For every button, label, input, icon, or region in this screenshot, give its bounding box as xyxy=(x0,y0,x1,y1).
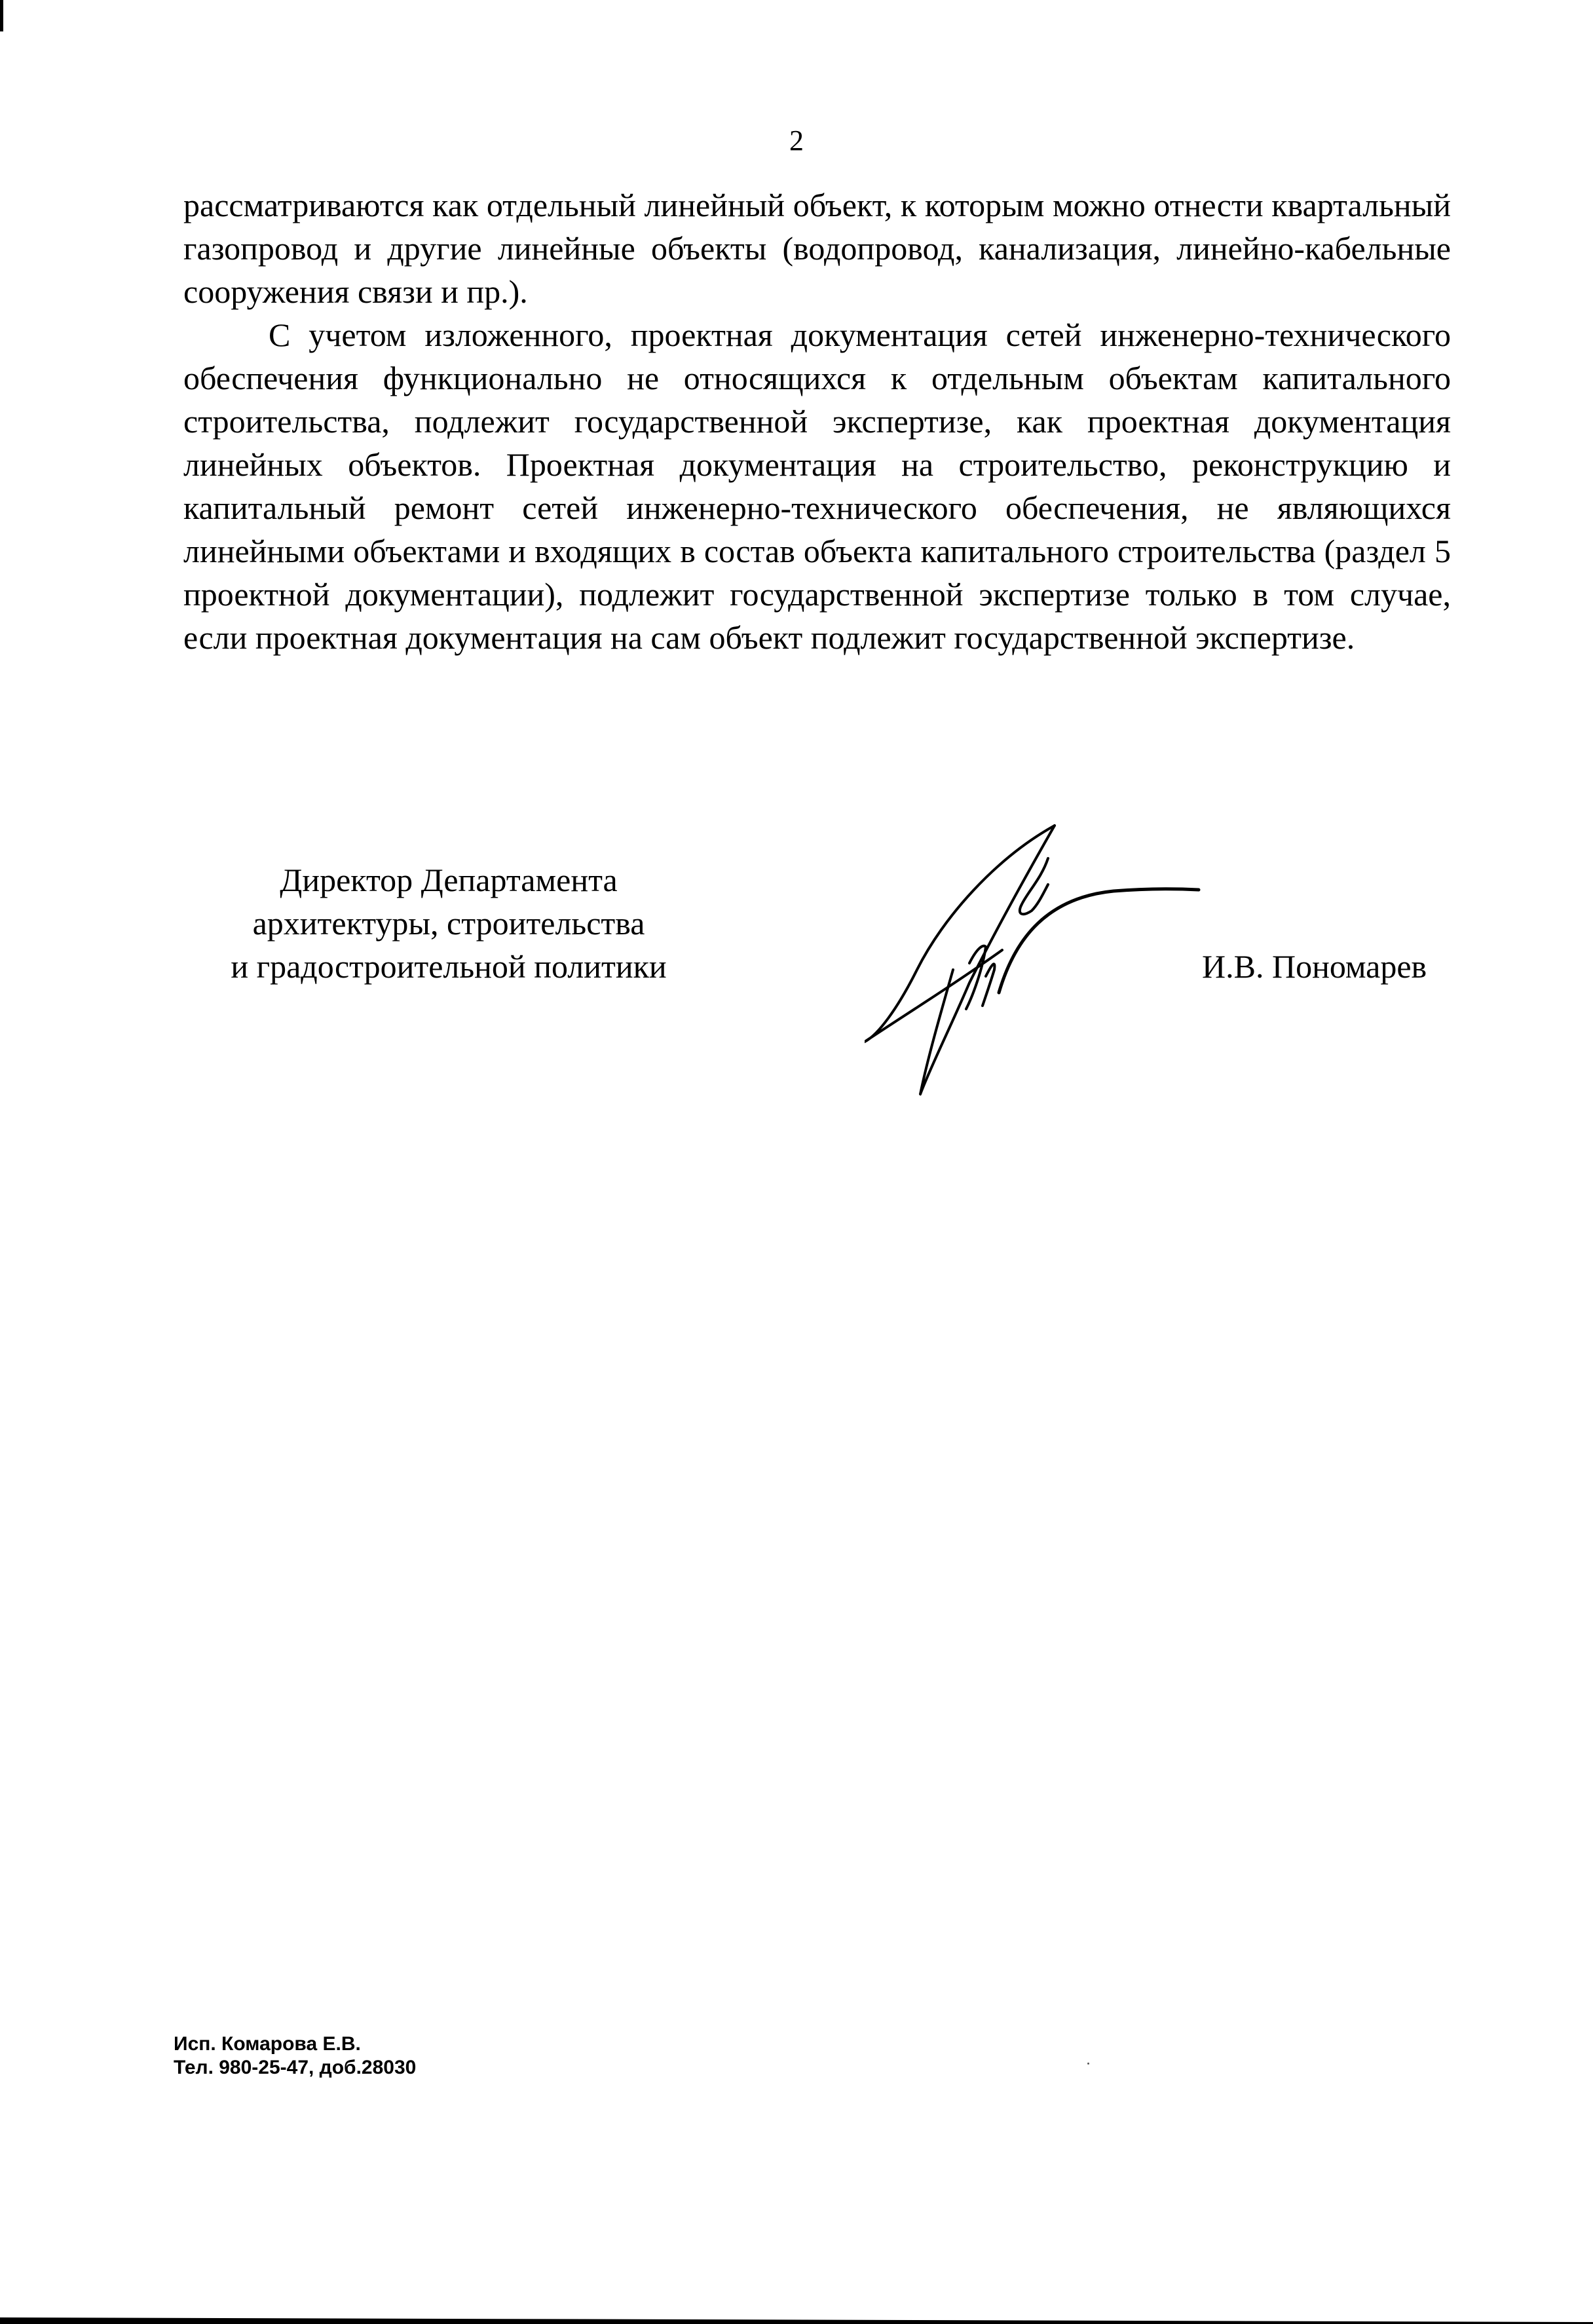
executor-name: Исп. Комарова Е.В. xyxy=(174,2032,416,2056)
scan-edge-bottom xyxy=(0,2317,1593,2324)
scan-speck xyxy=(1087,2063,1089,2065)
signer-title-line: архитектуры, строительства xyxy=(183,902,714,945)
signature-icon xyxy=(865,819,1231,1101)
signer-title: Директор Департамента архитектуры, строи… xyxy=(183,858,714,988)
paragraph-conclusion: С учетом изложенного, проектная документ… xyxy=(183,313,1451,659)
signer-title-line: Директор Департамента xyxy=(183,858,714,902)
paragraph-continuation: рассматриваются как отдельный линейный о… xyxy=(183,183,1451,313)
signer-name: И.В. Пономарев xyxy=(1202,945,1427,988)
letter-body: рассматриваются как отдельный линейный о… xyxy=(183,183,1451,659)
executor-info: Исп. Комарова Е.В. Тел. 980-25-47, доб.2… xyxy=(174,2032,416,2080)
signature-block: Директор Департамента архитектуры, строи… xyxy=(183,858,1467,1120)
page-number: 2 xyxy=(0,124,1593,157)
executor-phone: Тел. 980-25-47, доб.28030 xyxy=(174,2056,416,2080)
signer-title-line: и градостроительной политики xyxy=(183,945,714,988)
scan-edge-mark xyxy=(0,0,3,31)
